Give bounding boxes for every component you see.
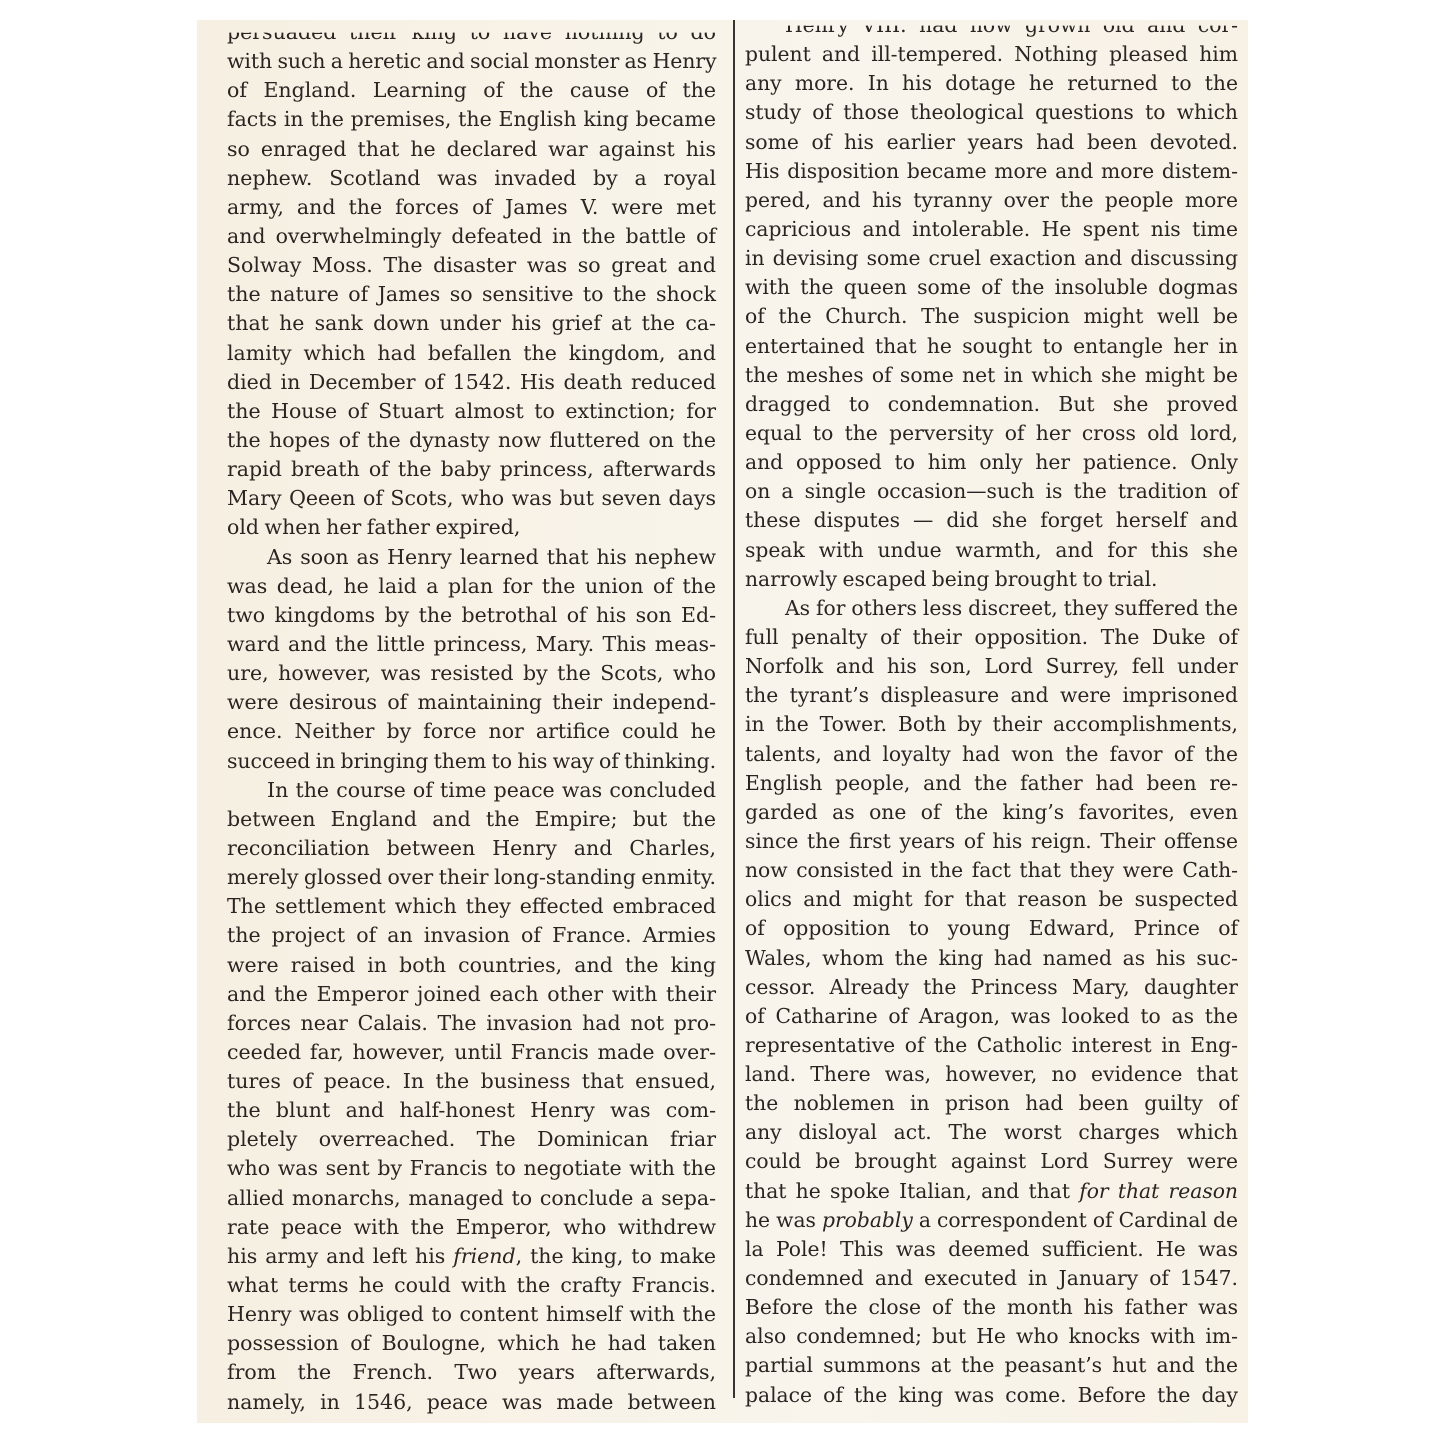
text-line: two kingdoms by the betrothal of his son… [227, 601, 716, 630]
text-line: succeed in bringing them to his way of t… [227, 747, 716, 776]
text-line: reconciliation between Henry and Charles… [227, 834, 716, 863]
text-line: was dead, he laid a plan for the union o… [227, 572, 716, 601]
text-line: As soon as Henry learned that his nephew [227, 543, 716, 572]
text-line: In the course of time peace was conclude… [227, 776, 716, 805]
text-line: from the French. Two years afterwards, [227, 1358, 716, 1387]
text-line: any more. In his dotage he returned to t… [745, 69, 1238, 98]
text-line: any disloyal act. The worst charges whic… [745, 1118, 1238, 1147]
text-line: rapid breath of the baby princess, after… [227, 455, 716, 484]
text-line: of Catharine of Aragon, was looked to as… [745, 1002, 1238, 1031]
text-line: old when her father expired, [227, 513, 716, 542]
text-line: the blunt and half-honest Henry was com- [227, 1096, 716, 1125]
text-line: ure, however, was resisted by the Scots,… [227, 659, 716, 688]
text-line: army, and the forces of James V. were me… [227, 193, 716, 222]
text-line: nephew. Scotland was invaded by a royal [227, 164, 716, 193]
text-line: representative of the Catholic interest … [745, 1031, 1238, 1060]
right-column: Henry VIII. had now grown old and cor-pu… [745, 11, 1238, 1410]
text-line: with such a heretic and social monster a… [227, 47, 716, 76]
text-line: the meshes of some net in which she migh… [745, 361, 1238, 390]
text-line: lamity which had befallen the kingdom, a… [227, 339, 716, 368]
text-line: he was probably a correspondent of Cardi… [745, 1206, 1238, 1235]
text-line: garded as one of the king’s favorites, e… [745, 798, 1238, 827]
text-line: in the Tower. Both by their accomplishme… [745, 710, 1238, 739]
text-line: possession of Boulogne, which he had tak… [227, 1329, 716, 1358]
text-line: narrowly escaped being brought to trial. [745, 565, 1238, 594]
text-line: between England and the Empire; but the [227, 805, 716, 834]
text-line: and opposed to him only her patience. On… [745, 448, 1238, 477]
text-line: the project of an invasion of France. Ar… [227, 921, 716, 950]
text-line: Mary Qeeen of Scots, who was but seven d… [227, 484, 716, 513]
emphasis-text: probably [822, 1208, 913, 1232]
text-line: the House of Stuart almost to extinction… [227, 397, 716, 426]
text-line: allied monarchs, managed to conclude a s… [227, 1184, 716, 1213]
text-line: what terms he could with the crafty Fran… [227, 1271, 716, 1300]
text-line: some of his earlier years had been devot… [745, 128, 1238, 157]
text-line: namely, in 1546, peace was made between [227, 1388, 716, 1417]
text-line: since the first years of his reign. Thei… [745, 827, 1238, 856]
text-line: entertained that he sought to entangle h… [745, 332, 1238, 361]
text-line: were desirous of maintaining their indep… [227, 688, 716, 717]
text-line: ward and the little princess, Mary. This… [227, 630, 716, 659]
text-line: died in December of 1542. His death redu… [227, 368, 716, 397]
text-line: so enraged that he declared war against … [227, 135, 716, 164]
text-line: who was sent by Francis to negotiate wit… [227, 1154, 716, 1183]
text-line: tures of peace. In the business that ens… [227, 1067, 716, 1096]
text-line: and overwhelmingly defeated in the battl… [227, 222, 716, 251]
text-line: speak with undue warmth, and for this sh… [745, 536, 1238, 565]
text-line: of opposition to young Edward, Prince of [745, 914, 1238, 943]
text-line: the nature of James so sensitive to the … [227, 280, 716, 309]
text-line: study of those theological questions to … [745, 98, 1238, 127]
text-line: ceeded far, however, until Francis made … [227, 1038, 716, 1067]
text-line: Wales, whom the king had named as his su… [745, 944, 1238, 973]
text-line: in devising some cruel exaction and disc… [745, 244, 1238, 273]
text-line: partial summons at the peasant’s hut and… [745, 1351, 1238, 1380]
text-line: merely glossed over their long-standing … [227, 863, 716, 892]
text-line: pered, and his tyranny over the people m… [745, 186, 1238, 215]
text-line: of England. Learning of the cause of the [227, 76, 716, 105]
text-line: of the Church. The suspicion might well … [745, 302, 1238, 331]
text-line: these disputes — did she forget herself … [745, 506, 1238, 535]
text-line: Before the close of the month his father… [745, 1293, 1238, 1322]
text-line: with the queen some of the insoluble dog… [745, 273, 1238, 302]
text-line: full penalty of their opposition. The Du… [745, 623, 1238, 652]
text-line: the hopes of the dynasty now fluttered o… [227, 426, 716, 455]
text-line: olics and might for that reason be suspe… [745, 885, 1238, 914]
text-line: the noblemen in prison had been guilty o… [745, 1089, 1238, 1118]
text-line: that he spoke Italian, and that for that… [745, 1177, 1238, 1206]
text-line: were raised in both countries, and the k… [227, 951, 716, 980]
text-line: palace of the king was come. Before the … [745, 1381, 1238, 1410]
text-line: Solway Moss. The disaster was so great a… [227, 251, 716, 280]
text-line: Norfolk and his son, Lord Surrey, fell u… [745, 652, 1238, 681]
text-line: As for others less discreet, they suffer… [745, 594, 1238, 623]
text-line: cessor. Already the Princess Mary, daugh… [745, 973, 1238, 1002]
column-divider-rule [733, 20, 735, 1398]
text-line: English people, and the father had been … [745, 769, 1238, 798]
text-line: ence. Neither by force nor artifice coul… [227, 717, 716, 746]
text-line: also condemned; but He who knocks with i… [745, 1322, 1238, 1351]
emphasis-text: for that reason [1079, 1179, 1238, 1203]
text-line: dragged to condemnation. But she proved [745, 390, 1238, 419]
text-line: and the Emperor joined each other with t… [227, 980, 716, 1009]
text-line: land. There was, however, no evidence th… [745, 1060, 1238, 1089]
text-line: that he sank down under his grief at the… [227, 309, 716, 338]
left-column: persuaded their king to have nothing to … [227, 18, 716, 1417]
text-line: equal to the perversity of her cross old… [745, 419, 1238, 448]
text-line: capricious and intolerable. He spent nis… [745, 215, 1238, 244]
text-line: His disposition became more and more dis… [745, 157, 1238, 186]
text-line: rate peace with the Emperor, who withdre… [227, 1213, 716, 1242]
text-line: The settlement which they effected embra… [227, 892, 716, 921]
text-line: Henry VIII. had now grown old and cor- [745, 11, 1238, 40]
emphasis-text: friend [453, 1244, 515, 1268]
text-line: Henry was obliged to content himself wit… [227, 1300, 716, 1329]
text-line: la Pole! This was deemed sufficient. He … [745, 1235, 1238, 1264]
scanned-page: persuaded their king to have nothing to … [197, 20, 1248, 1423]
text-line: his army and left his friend, the king, … [227, 1242, 716, 1271]
text-line: condemned and executed in January of 154… [745, 1264, 1238, 1293]
text-line: the tyrant’s displeasure and were impris… [745, 681, 1238, 710]
text-line: persuaded their king to have nothing to … [227, 18, 716, 47]
text-line: on a single occasion—such is the traditi… [745, 477, 1238, 506]
text-line: facts in the premises, the English king … [227, 105, 716, 134]
text-line: pletely overreached. The Dominican friar [227, 1125, 716, 1154]
text-line: now consisted in the fact that they were… [745, 856, 1238, 885]
text-line: could be brought against Lord Surrey wer… [745, 1147, 1238, 1176]
text-line: talents, and loyalty had won the favor o… [745, 740, 1238, 769]
text-line: pulent and ill-tempered. Nothing pleased… [745, 40, 1238, 69]
text-line: forces near Calais. The invasion had not… [227, 1009, 716, 1038]
